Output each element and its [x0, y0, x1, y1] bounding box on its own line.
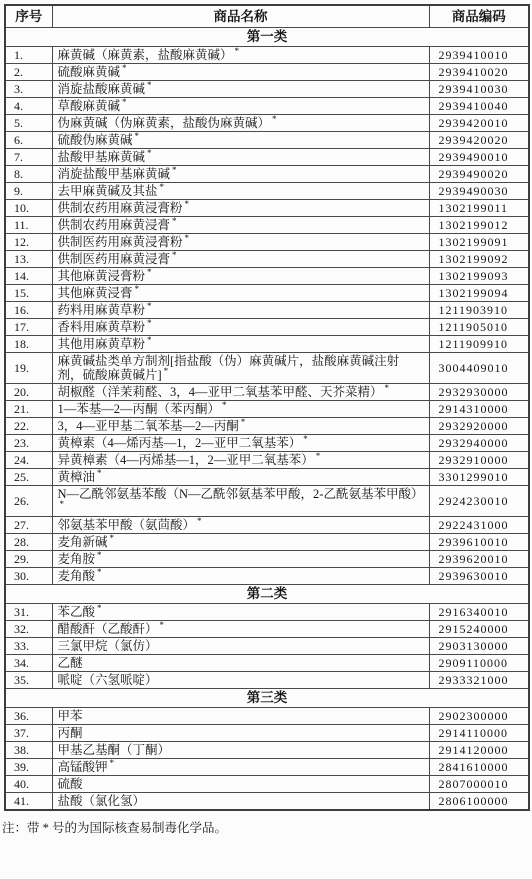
- header-row: 序号 商品名称 商品编码: [5, 5, 529, 28]
- row-serial: 19.: [5, 353, 52, 384]
- row-serial: 35.: [5, 672, 52, 689]
- star-mark: *: [147, 319, 152, 328]
- row-name: 伪麻黄碱（伪麻黄素，盐酸伪麻黄碱）*: [52, 115, 429, 132]
- table-row: 30. 麦角酸* 2939630010: [5, 568, 529, 585]
- row-code: 2932940000: [429, 435, 529, 452]
- row-code: 2939410010: [429, 47, 529, 64]
- row-name: N—乙酰邻氨基苯酸（N—乙酰邻氨基苯甲酸，2-乙酰氨基苯甲酸）*: [52, 486, 429, 517]
- table-row: 20. 胡椒醛（洋茉莉醛、3，4—亚甲二氧基苯甲醛、天芥菜精）* 2932930…: [5, 384, 529, 401]
- table-row: 27. 邻氨基苯甲酸（氨茴酸）* 2922431000: [5, 517, 529, 534]
- row-name: 麦角酸*: [52, 568, 429, 585]
- row-serial: 14.: [5, 268, 52, 285]
- row-code: 2902300000: [429, 708, 529, 725]
- row-name-text: 硫酸: [58, 777, 83, 791]
- row-serial: 16.: [5, 302, 52, 319]
- row-name: 草酸麻黄碱*: [52, 98, 429, 115]
- row-name: 麻黄碱盐类单方制剂[指盐酸（伪）麻黄碱片，盐酸麻黄碱注射剂，硫酸麻黄碱片]*: [52, 353, 429, 384]
- row-name: 苯乙酸*: [52, 604, 429, 621]
- row-code: 2841610000: [429, 759, 529, 776]
- row-code: 1302199093: [429, 268, 529, 285]
- star-mark: *: [185, 234, 190, 243]
- row-name: 盐酸甲基麻黄碱*: [52, 149, 429, 166]
- row-code: 3004409010: [429, 353, 529, 384]
- row-code: 1211905010: [429, 319, 529, 336]
- table-row: 40. 硫酸 2807000010: [5, 776, 529, 793]
- star-mark: *: [272, 115, 277, 124]
- row-name: 香料用麻黄草粉*: [52, 319, 429, 336]
- row-name-text: 甲基乙基酮（丁酮）: [58, 743, 171, 757]
- row-serial: 10.: [5, 200, 52, 217]
- star-mark: *: [97, 604, 102, 613]
- row-code: 3301299010: [429, 469, 529, 486]
- row-name-text: N—乙酰邻氨基苯酸（N—乙酰邻氨基苯甲酸，2-乙酰氨基苯甲酸）: [58, 487, 424, 501]
- row-code: 2924230010: [429, 486, 529, 517]
- star-mark: *: [97, 551, 102, 560]
- row-name: 消旋盐酸甲基麻黄碱*: [52, 166, 429, 183]
- star-mark: *: [60, 499, 65, 509]
- row-code: 1302199012: [429, 217, 529, 234]
- row-code: 2939610010: [429, 534, 529, 551]
- row-code: 2939410030: [429, 81, 529, 98]
- row-name: 其他麻黄浸膏粉*: [52, 268, 429, 285]
- row-name-text: 盐酸甲基麻黄碱: [58, 150, 146, 164]
- row-name-text: 三氯甲烷（氯仿）: [58, 639, 158, 653]
- row-name: 硫酸伪麻黄碱*: [52, 132, 429, 149]
- row-name: 胡椒醛（洋茉莉醛、3，4—亚甲二氧基苯甲醛、天芥菜精）*: [52, 384, 429, 401]
- row-serial: 25.: [5, 469, 52, 486]
- table-row: 13. 供制医药用麻黄浸膏* 1302199092: [5, 251, 529, 268]
- row-code: 2914110000: [429, 725, 529, 742]
- row-name: 乙醚: [52, 655, 429, 672]
- table-row: 32. 醋酸酐（乙酸酐）* 2915240000: [5, 621, 529, 638]
- star-mark: *: [147, 81, 152, 90]
- table-row: 8. 消旋盐酸甲基麻黄碱* 2939490020: [5, 166, 529, 183]
- row-name-text: 供制医药用麻黄浸膏粉: [58, 235, 183, 249]
- row-name-text: 甲苯: [58, 709, 83, 723]
- star-mark: *: [122, 64, 127, 73]
- table-row: 7. 盐酸甲基麻黄碱* 2939490010: [5, 149, 529, 166]
- row-code: 2939410040: [429, 98, 529, 115]
- row-name-text: 麦角酸: [58, 569, 96, 583]
- row-name-text: 3，4—亚甲基二氧苯基—2—丙酮: [58, 419, 239, 433]
- table-row: 38. 甲基乙基酮（丁酮） 2914120000: [5, 742, 529, 759]
- table-row: 19. 麻黄碱盐类单方制剂[指盐酸（伪）麻黄碱片，盐酸麻黄碱注射剂，硫酸麻黄碱片…: [5, 353, 529, 384]
- row-name-text: 供制农药用麻黄浸膏粉: [58, 201, 183, 215]
- row-name-text: 药料用麻黄草粉: [58, 303, 146, 317]
- row-name-text: 硫酸伪麻黄碱: [58, 133, 133, 147]
- row-name: 黄樟素（4—烯丙基—1，2—亚甲二氧基苯）*: [52, 435, 429, 452]
- row-name: 供制医药用麻黄浸膏*: [52, 251, 429, 268]
- star-mark: *: [147, 149, 152, 158]
- star-mark: *: [122, 98, 127, 107]
- row-code: 2914120000: [429, 742, 529, 759]
- row-code: 1302199091: [429, 234, 529, 251]
- row-serial: 30.: [5, 568, 52, 585]
- table-row: 41. 盐酸（氯化氢） 2806100000: [5, 793, 529, 811]
- table-row: 1. 麻黄碱（麻黄素，盐酸麻黄碱）* 2939410010: [5, 47, 529, 64]
- row-name-text: 伪麻黄碱（伪麻黄素，盐酸伪麻黄碱）: [58, 116, 271, 130]
- row-name-text: 胡椒醛（洋茉莉醛、3，4—亚甲二氧基苯甲醛、天芥菜精）: [58, 385, 383, 399]
- row-serial: 18.: [5, 336, 52, 353]
- star-mark: *: [316, 452, 321, 461]
- table-row: 14. 其他麻黄浸膏粉* 1302199093: [5, 268, 529, 285]
- row-name-text: 消旋盐酸麻黄碱: [58, 82, 146, 96]
- row-serial: 12.: [5, 234, 52, 251]
- col-header-serial: 序号: [5, 5, 52, 28]
- row-code: 1302199092: [429, 251, 529, 268]
- row-name-text: 麦角新碱: [58, 535, 108, 549]
- row-serial: 31.: [5, 604, 52, 621]
- row-name-text: 供制医药用麻黄浸膏: [58, 252, 171, 266]
- row-serial: 28.: [5, 534, 52, 551]
- table-row: 37. 丙酮 2914110000: [5, 725, 529, 742]
- row-code: 2939410020: [429, 64, 529, 81]
- table-row: 28. 麦角新碱* 2939610010: [5, 534, 529, 551]
- section-row: 第二类: [5, 585, 529, 604]
- row-serial: 8.: [5, 166, 52, 183]
- table-row: 11. 供制农药用麻黄浸膏* 1302199012: [5, 217, 529, 234]
- row-code: 2939620010: [429, 551, 529, 568]
- star-mark: *: [385, 384, 390, 393]
- table-row: 25. 黄樟油* 3301299010: [5, 469, 529, 486]
- star-mark: *: [110, 534, 115, 543]
- table-row: 24. 异黄樟素（4—丙烯基—1，2—亚甲二氧基苯）* 2932910000: [5, 452, 529, 469]
- row-serial: 33.: [5, 638, 52, 655]
- row-code: 2806100000: [429, 793, 529, 811]
- row-name-text: 消旋盐酸甲基麻黄碱: [58, 167, 171, 181]
- row-code: 2914310000: [429, 401, 529, 418]
- star-mark: *: [147, 268, 152, 277]
- row-name-text: 麻黄碱（麻黄素，盐酸麻黄碱）: [58, 48, 233, 62]
- row-name: 盐酸（氯化氢）: [52, 793, 429, 811]
- table-row: 39. 高锰酸钾* 2841610000: [5, 759, 529, 776]
- star-mark: *: [222, 401, 227, 410]
- row-code: 2909110000: [429, 655, 529, 672]
- star-mark: *: [147, 302, 152, 311]
- row-name: 甲苯: [52, 708, 429, 725]
- row-name: 麻黄碱（麻黄素，盐酸麻黄碱）*: [52, 47, 429, 64]
- row-name: 高锰酸钾*: [52, 759, 429, 776]
- row-serial: 23.: [5, 435, 52, 452]
- table-row: 21. 1—苯基—2—丙酮（苯丙酮）* 2914310000: [5, 401, 529, 418]
- row-name-text: 哌啶（六氢哌啶）: [58, 673, 158, 687]
- row-name-text: 丙酮: [58, 726, 83, 740]
- star-mark: *: [172, 251, 177, 260]
- row-serial: 21.: [5, 401, 52, 418]
- star-mark: *: [97, 469, 102, 478]
- section-label: 第三类: [5, 689, 529, 708]
- row-code: 2939420010: [429, 115, 529, 132]
- table-row: 35. 哌啶（六氢哌啶） 2933321000: [5, 672, 529, 689]
- footnote: 注：带 * 号的为国际核查易制毒化学品。: [2, 820, 528, 836]
- row-serial: 15.: [5, 285, 52, 302]
- row-name-text: 盐酸（氯化氢）: [58, 794, 146, 808]
- row-code: 1302199094: [429, 285, 529, 302]
- row-code: 2933321000: [429, 672, 529, 689]
- row-name-text: 麦角胺: [58, 552, 96, 566]
- row-code: 2916340010: [429, 604, 529, 621]
- row-code: 2939630010: [429, 568, 529, 585]
- row-name: 麦角胺*: [52, 551, 429, 568]
- table-row: 26. N—乙酰邻氨基苯酸（N—乙酰邻氨基苯甲酸，2-乙酰氨基苯甲酸）* 292…: [5, 486, 529, 517]
- section-label: 第一类: [5, 28, 529, 47]
- row-name: 丙酮: [52, 725, 429, 742]
- row-name: 供制医药用麻黄浸膏粉*: [52, 234, 429, 251]
- row-code: 2939490010: [429, 149, 529, 166]
- row-serial: 41.: [5, 793, 52, 811]
- row-name-text: 其他用麻黄草粉: [58, 337, 146, 351]
- row-code: 2939420020: [429, 132, 529, 149]
- star-mark: *: [185, 200, 190, 209]
- row-code: 2915240000: [429, 621, 529, 638]
- star-mark: *: [303, 435, 308, 444]
- row-serial: 5.: [5, 115, 52, 132]
- row-serial: 37.: [5, 725, 52, 742]
- row-serial: 34.: [5, 655, 52, 672]
- row-serial: 29.: [5, 551, 52, 568]
- table-row: 17. 香料用麻黄草粉* 1211905010: [5, 319, 529, 336]
- row-serial: 9.: [5, 183, 52, 200]
- row-name: 哌啶（六氢哌啶）: [52, 672, 429, 689]
- table-row: 18. 其他用麻黄草粉* 1211909910: [5, 336, 529, 353]
- table-row: 10. 供制农药用麻黄浸膏粉* 1302199011: [5, 200, 529, 217]
- table-row: 31. 苯乙酸* 2916340010: [5, 604, 529, 621]
- row-code: 1211909910: [429, 336, 529, 353]
- star-mark: *: [147, 336, 152, 345]
- row-serial: 1.: [5, 47, 52, 64]
- row-name: 麦角新碱*: [52, 534, 429, 551]
- row-name-text: 邻氨基苯甲酸（氨茴酸）: [58, 518, 196, 532]
- row-name: 供制农药用麻黄浸膏粉*: [52, 200, 429, 217]
- row-serial: 3.: [5, 81, 52, 98]
- row-serial: 11.: [5, 217, 52, 234]
- row-name-text: 草酸麻黄碱: [58, 99, 121, 113]
- row-name-text: 高锰酸钾: [58, 760, 108, 774]
- row-name: 三氯甲烷（氯仿）: [52, 638, 429, 655]
- row-code: 1302199011: [429, 200, 529, 217]
- star-mark: *: [241, 418, 246, 427]
- row-name: 邻氨基苯甲酸（氨茴酸）*: [52, 517, 429, 534]
- star-mark: *: [97, 568, 102, 577]
- table-row: 12. 供制医药用麻黄浸膏粉* 1302199091: [5, 234, 529, 251]
- row-name-text: 硫酸麻黄碱: [58, 65, 121, 79]
- star-mark: *: [172, 217, 177, 226]
- star-mark: *: [135, 285, 140, 294]
- row-serial: 24.: [5, 452, 52, 469]
- row-name-text: 异黄樟素（4—丙烯基—1，2—亚甲二氧基苯）: [58, 453, 314, 467]
- star-mark: *: [110, 759, 115, 768]
- row-code: 2807000010: [429, 776, 529, 793]
- row-name: 异黄樟素（4—丙烯基—1，2—亚甲二氧基苯）*: [52, 452, 429, 469]
- row-serial: 7.: [5, 149, 52, 166]
- row-serial: 40.: [5, 776, 52, 793]
- row-serial: 4.: [5, 98, 52, 115]
- star-mark: *: [197, 517, 202, 526]
- row-serial: 39.: [5, 759, 52, 776]
- row-name: 1—苯基—2—丙酮（苯丙酮）*: [52, 401, 429, 418]
- row-serial: 38.: [5, 742, 52, 759]
- row-name-text: 醋酸酐（乙酸酐）: [58, 622, 158, 636]
- row-serial: 27.: [5, 517, 52, 534]
- row-name-text: 黄樟油: [58, 470, 96, 484]
- table-body: 第一类 1. 麻黄碱（麻黄素，盐酸麻黄碱）* 2939410010 2. 硫酸麻…: [5, 28, 529, 811]
- row-serial: 6.: [5, 132, 52, 149]
- table-row: 23. 黄樟素（4—烯丙基—1，2—亚甲二氧基苯）* 2932940000: [5, 435, 529, 452]
- section-row: 第一类: [5, 28, 529, 47]
- row-serial: 22.: [5, 418, 52, 435]
- row-name: 其他麻黄浸膏*: [52, 285, 429, 302]
- row-name: 黄樟油*: [52, 469, 429, 486]
- table-row: 16. 药料用麻黄草粉* 1211903910: [5, 302, 529, 319]
- table-row: 9. 去甲麻黄碱及其盐* 2939490030: [5, 183, 529, 200]
- row-name-text: 黄樟素（4—烯丙基—1，2—亚甲二氧基苯）: [58, 436, 302, 450]
- row-name-text: 其他麻黄浸膏: [58, 286, 133, 300]
- row-name: 硫酸麻黄碱*: [52, 64, 429, 81]
- row-name: 醋酸酐（乙酸酐）*: [52, 621, 429, 638]
- row-name-text: 乙醚: [58, 656, 83, 670]
- star-mark: *: [160, 183, 165, 192]
- chemicals-table: 序号 商品名称 商品编码 第一类 1. 麻黄碱（麻黄素，盐酸麻黄碱）* 2939…: [4, 4, 530, 811]
- table-row: 3. 消旋盐酸麻黄碱* 2939410030: [5, 81, 529, 98]
- section-label: 第二类: [5, 585, 529, 604]
- table-row: 29. 麦角胺* 2939620010: [5, 551, 529, 568]
- row-serial: 17.: [5, 319, 52, 336]
- row-name: 硫酸: [52, 776, 429, 793]
- row-name-text: 麻黄碱盐类单方制剂[指盐酸（伪）麻黄碱片，盐酸麻黄碱注射剂，硫酸麻黄碱片]: [58, 354, 400, 382]
- section-row: 第三类: [5, 689, 529, 708]
- col-header-code: 商品编码: [429, 5, 529, 28]
- row-serial: 26.: [5, 486, 52, 517]
- row-name-text: 供制农药用麻黄浸膏: [58, 218, 171, 232]
- star-mark: *: [172, 166, 177, 175]
- document-page: 序号 商品名称 商品编码 第一类 1. 麻黄碱（麻黄素，盐酸麻黄碱）* 2939…: [0, 0, 532, 836]
- row-name: 3，4—亚甲基二氧苯基—2—丙酮*: [52, 418, 429, 435]
- table-row: 6. 硫酸伪麻黄碱* 2939420020: [5, 132, 529, 149]
- row-code: 2922431000: [429, 517, 529, 534]
- table-row: 15. 其他麻黄浸膏* 1302199094: [5, 285, 529, 302]
- row-code: 2939490020: [429, 166, 529, 183]
- row-code: 2903130000: [429, 638, 529, 655]
- row-serial: 13.: [5, 251, 52, 268]
- table-row: 22. 3，4—亚甲基二氧苯基—2—丙酮* 2932920000: [5, 418, 529, 435]
- row-serial: 20.: [5, 384, 52, 401]
- star-mark: *: [235, 47, 240, 56]
- star-mark: *: [164, 366, 169, 376]
- row-serial: 36.: [5, 708, 52, 725]
- row-code: 2939490030: [429, 183, 529, 200]
- row-code: 1211903910: [429, 302, 529, 319]
- row-code: 2932910000: [429, 452, 529, 469]
- row-name: 消旋盐酸麻黄碱*: [52, 81, 429, 98]
- table-row: 2. 硫酸麻黄碱* 2939410020: [5, 64, 529, 81]
- table-row: 36. 甲苯 2902300000: [5, 708, 529, 725]
- row-name-text: 去甲麻黄碱及其盐: [58, 184, 158, 198]
- table-row: 5. 伪麻黄碱（伪麻黄素，盐酸伪麻黄碱）* 2939420010: [5, 115, 529, 132]
- row-name: 其他用麻黄草粉*: [52, 336, 429, 353]
- row-code: 2932930000: [429, 384, 529, 401]
- row-name-text: 其他麻黄浸膏粉: [58, 269, 146, 283]
- row-name-text: 苯乙酸: [58, 605, 96, 619]
- row-code: 2932920000: [429, 418, 529, 435]
- row-serial: 32.: [5, 621, 52, 638]
- row-name-text: 1—苯基—2—丙酮（苯丙酮）: [58, 402, 221, 416]
- row-name: 药料用麻黄草粉*: [52, 302, 429, 319]
- row-name-text: 香料用麻黄草粉: [58, 320, 146, 334]
- row-serial: 2.: [5, 64, 52, 81]
- star-mark: *: [135, 132, 140, 141]
- row-name: 供制农药用麻黄浸膏*: [52, 217, 429, 234]
- star-mark: *: [160, 621, 165, 630]
- table-row: 34. 乙醚 2909110000: [5, 655, 529, 672]
- table-row: 33. 三氯甲烷（氯仿） 2903130000: [5, 638, 529, 655]
- table-row: 4. 草酸麻黄碱* 2939410040: [5, 98, 529, 115]
- col-header-name: 商品名称: [52, 5, 429, 28]
- row-name: 去甲麻黄碱及其盐*: [52, 183, 429, 200]
- row-name: 甲基乙基酮（丁酮）: [52, 742, 429, 759]
